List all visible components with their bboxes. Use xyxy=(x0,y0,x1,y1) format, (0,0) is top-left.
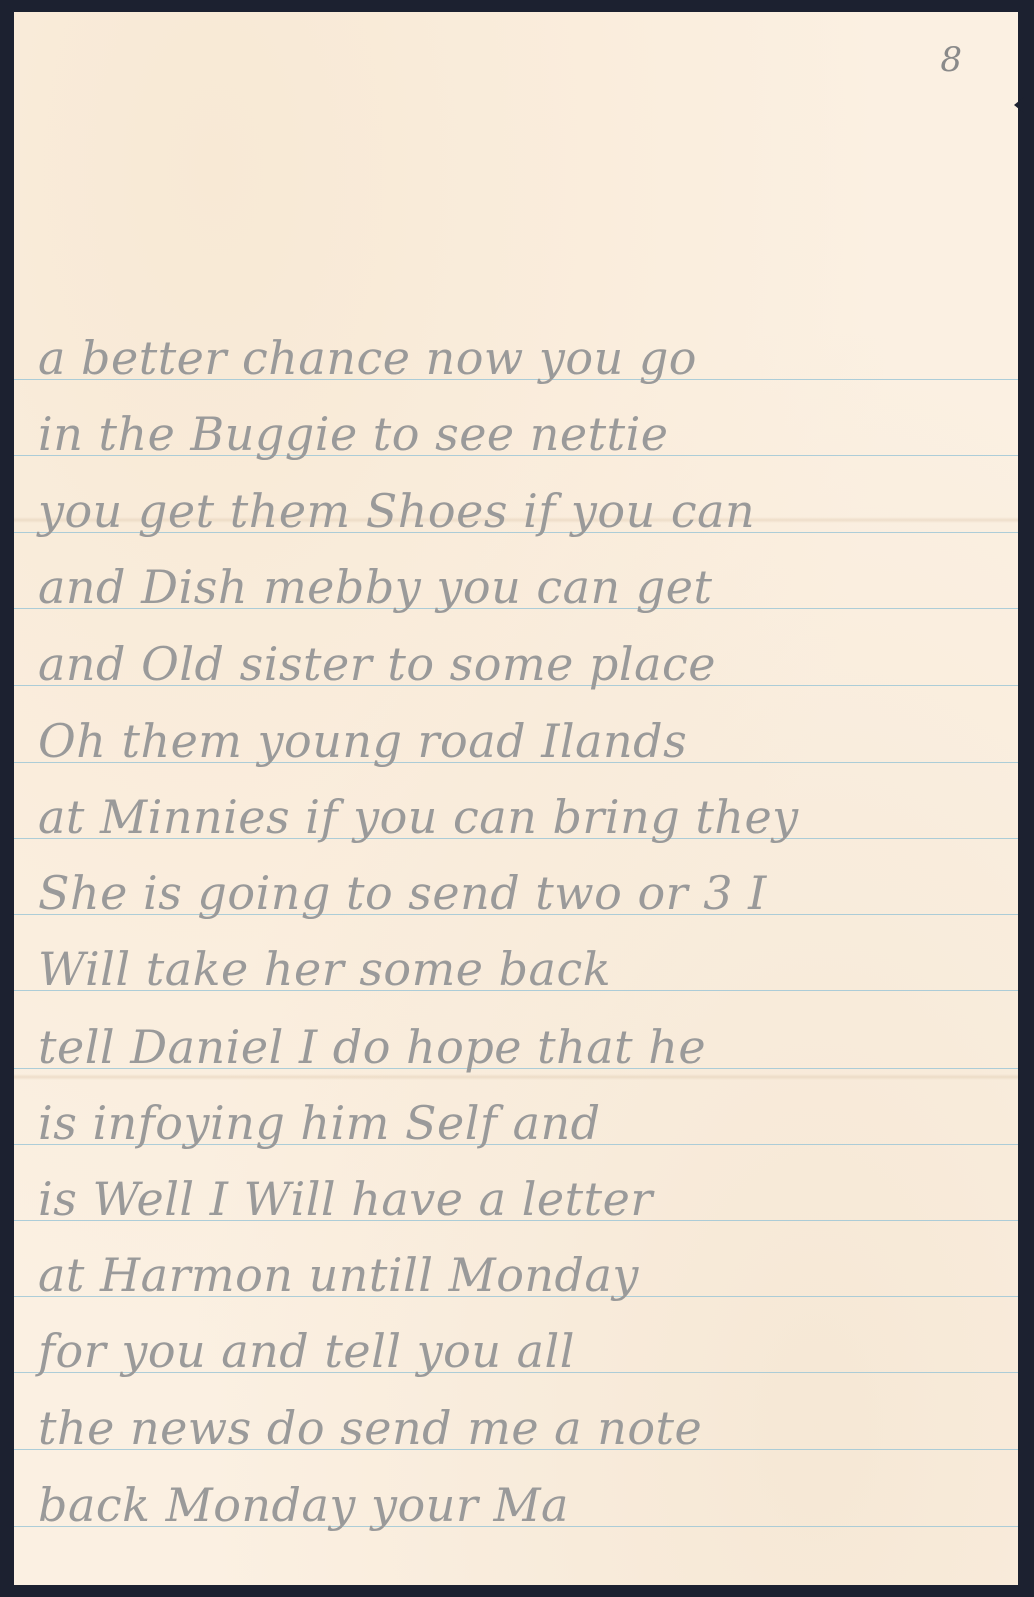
handwritten-line: you get them Shoes if you can xyxy=(38,488,755,534)
handwritten-line: She is going to send two or 3 I xyxy=(38,870,767,916)
handwritten-line: for you and tell you all xyxy=(38,1328,575,1374)
handwritten-line: in the Buggie to see nettie xyxy=(38,411,669,457)
handwritten-line: at Harmon untill Monday xyxy=(38,1252,639,1298)
handwritten-line: the news do send me a note xyxy=(38,1405,702,1451)
handwritten-line: is Well I Will have a letter xyxy=(38,1176,653,1222)
handwritten-line: Will take her some back xyxy=(38,946,611,992)
handwritten-line: and Old sister to some place xyxy=(38,641,716,687)
scanned-page: 8 a better chance now you goin the Buggi… xyxy=(0,0,1034,1597)
handwritten-line: tell Daniel I do hope that he xyxy=(38,1024,706,1070)
letter-paper: 8 a better chance now you goin the Buggi… xyxy=(14,12,1018,1585)
paper-tear xyxy=(1014,97,1024,113)
handwritten-line: back Monday your Ma xyxy=(38,1482,569,1528)
paper-fold xyxy=(14,1074,1018,1080)
handwritten-line: at Minnies if you can bring they xyxy=(38,794,799,840)
page-number: 8 xyxy=(940,40,962,80)
handwritten-line: and Dish mebby you can get xyxy=(38,564,712,610)
handwritten-line: a better chance now you go xyxy=(38,335,697,381)
handwritten-line: is infoying him Self and xyxy=(38,1100,601,1146)
handwritten-line: Oh them young road Ilands xyxy=(38,718,687,764)
